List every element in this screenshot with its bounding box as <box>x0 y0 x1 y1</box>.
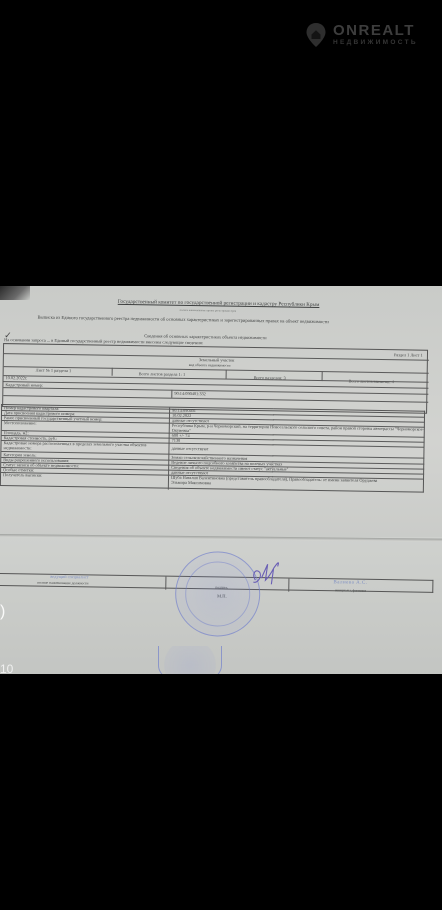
lower-stamp <box>158 646 222 674</box>
object-type: Земельный участок <box>199 357 235 363</box>
name-caption: инициалы, фамилия <box>335 588 366 592</box>
watermark-tagline: НЕДВИЖИМОСТЬ <box>333 40 418 47</box>
object-type-caption: вид объекта недвижимости <box>189 363 231 368</box>
agency-subtitle: полное наименование органа регистрации п… <box>180 309 236 313</box>
header-table: Раздел 1 Лист 1 Земельный участок вид об… <box>2 343 428 414</box>
row-value-inner-objects: данные отсутствуют <box>171 446 208 452</box>
watermark: ONREALT НЕДВИЖИМОСТЬ <box>305 22 418 48</box>
viewer-image-counter: 10 <box>0 662 13 676</box>
attributes-table: Номер кадастрового квартала: 90:14:09040… <box>0 404 273 490</box>
row-label-location: Местоположение: <box>4 420 37 426</box>
name-value: Валиева А.С. <box>333 580 367 586</box>
handwritten-signature <box>249 558 289 591</box>
total-section-sheets: Всего листов раздела 1: 1 <box>139 371 186 377</box>
cadastral-number: 90:14:090401:332 <box>174 391 206 396</box>
sheet-number: Лист № 1 раздела 1 <box>36 368 72 374</box>
extract-date: 10.02.2022г. <box>6 375 28 380</box>
section-sheet-label: Раздел 1 Лист 1 <box>394 352 423 357</box>
row-label-recipient: Получатель выписки: <box>3 472 42 478</box>
viewer-overlay-bracket: ) <box>0 603 5 621</box>
document-photo: Государственный комитет по государственн… <box>0 286 442 674</box>
watermark-brand: ONREALT <box>333 23 418 38</box>
attributes-table-right-border <box>272 408 425 492</box>
position-value: ведущий специалист <box>50 574 88 580</box>
extract-sheet: Государственный комитет по государственн… <box>0 286 442 674</box>
location-pin-house-icon <box>305 22 327 48</box>
official-stamp <box>175 551 261 637</box>
extract-title: Выписка из Единого государственного реес… <box>37 315 328 325</box>
agency-name: Государственный комитет по государственн… <box>118 299 320 308</box>
position-caption: полное наименование должности <box>37 581 88 586</box>
